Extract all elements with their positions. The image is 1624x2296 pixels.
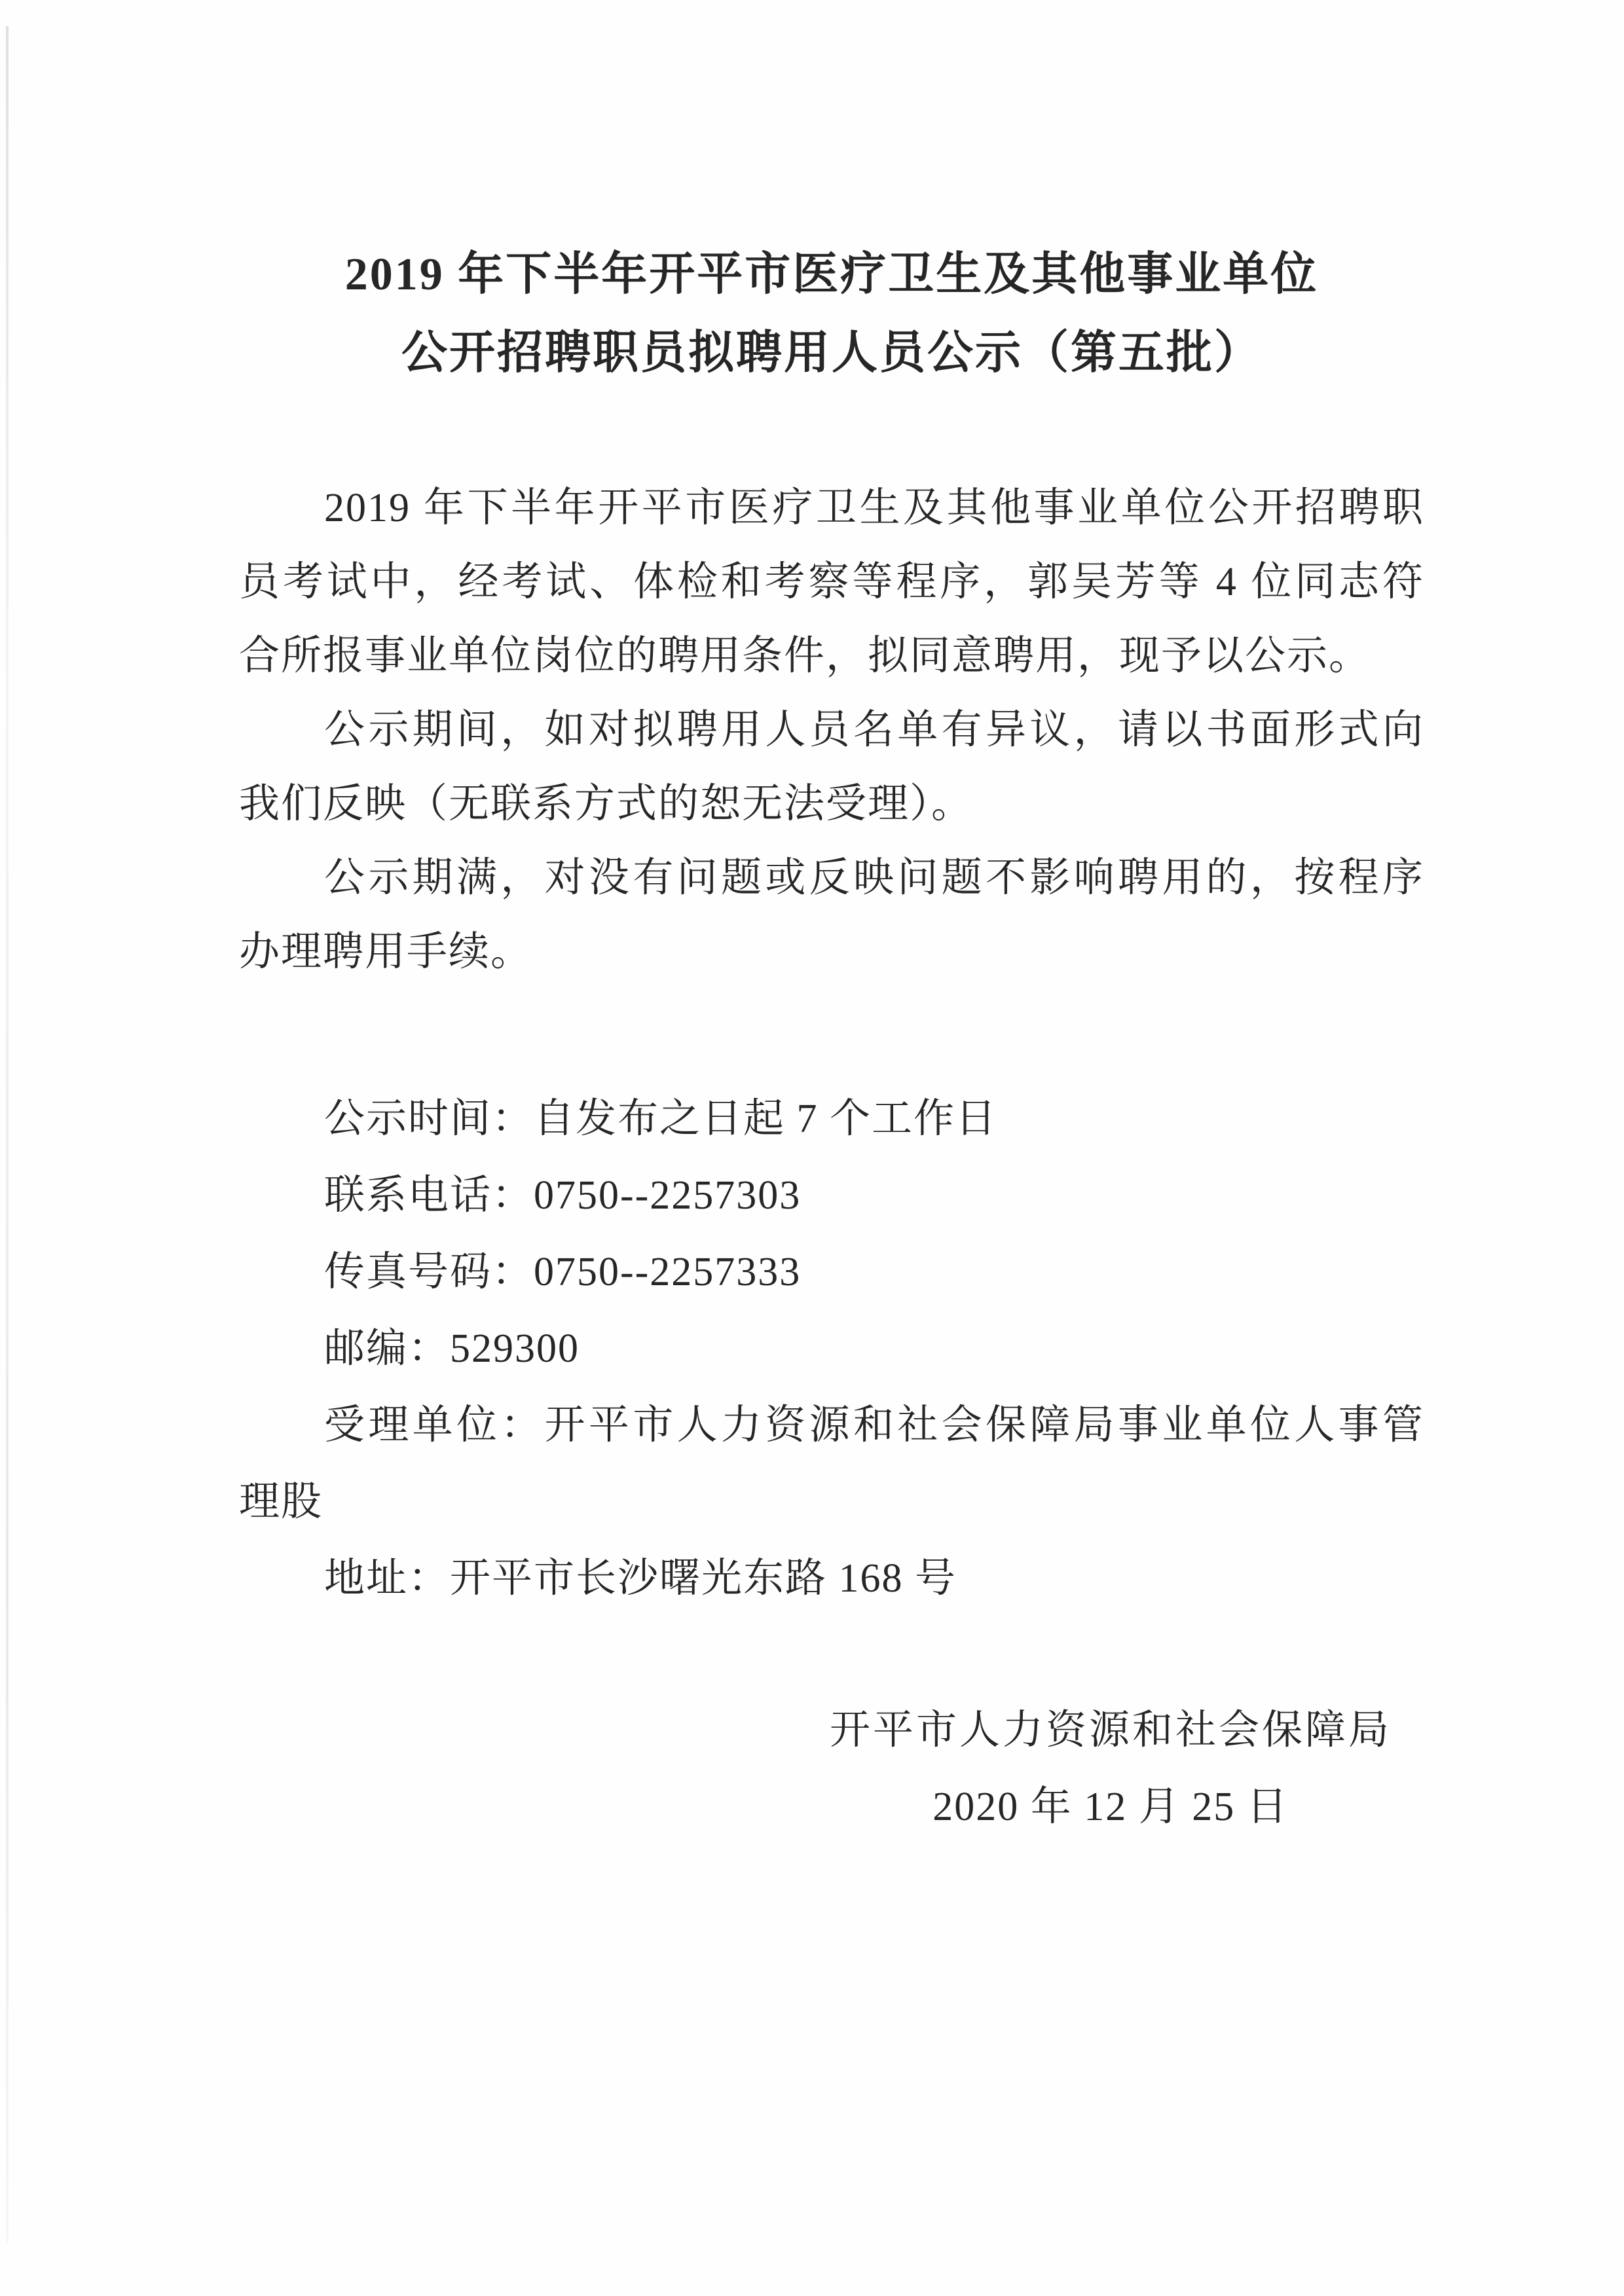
title-body-spacer [239,393,1424,471]
paragraph: 公示期间，如对拟聘用人员名单有异议，请以书面形式向 我们反映（无联系方式的恕无法… [239,693,1424,841]
signature-date: 2020 年 12 月 25 日 [830,1769,1392,1846]
contact-line-phone: 联系电话：0750--2257303 [239,1157,1424,1234]
signature-inner: 开平市人力资源和社会保障局 2020 年 12 月 25 日 [830,1692,1392,1846]
contact-line-postal-code: 邮编：529300 [239,1311,1424,1387]
signature-agency: 开平市人力资源和社会保障局 [830,1692,1392,1769]
body-contact-spacer [239,989,1424,1081]
document-page: 2019 年下半年开平市医疗卫生及其他事业单位 公开招聘职员拟聘用人员公示（第五… [0,0,1624,2296]
paragraph-line: 员考试中，经考试、体检和考察等程序，郭吴芳等 4 位同志符 [239,545,1424,619]
document-body: 2019 年下半年开平市医疗卫生及其他事业单位公开招聘职 员考试中，经考试、体检… [239,471,1424,1846]
contact-line-accepting-unit-continued: 理股 [239,1464,1424,1540]
signature-block: 开平市人力资源和社会保障局 2020 年 12 月 25 日 [239,1692,1424,1846]
paragraph-line: 合所报事业单位岗位的聘用条件，拟同意聘用，现予以公示。 [239,619,1424,693]
paragraph: 2019 年下半年开平市医疗卫生及其他事业单位公开招聘职 员考试中，经考试、体检… [239,471,1424,693]
paragraph-line: 公示期间，如对拟聘用人员名单有异议，请以书面形式向 [239,693,1424,767]
document-title-line-1: 2019 年下半年开平市医疗卫生及其他事业单位 [239,236,1424,314]
document-title-line-2: 公开招聘职员拟聘用人员公示（第五批） [239,314,1424,393]
contact-line-fax: 传真号码：0750--2257333 [239,1234,1424,1311]
contact-line-publicity-period: 公示时间：自发布之日起 7 个工作日 [239,1081,1424,1157]
document-content: 2019 年下半年开平市医疗卫生及其他事业单位 公开招聘职员拟聘用人员公示（第五… [239,236,1424,1846]
contact-line-address: 地址：开平市长沙曙光东路 168 号 [239,1540,1424,1617]
paragraph-line: 2019 年下半年开平市医疗卫生及其他事业单位公开招聘职 [239,471,1424,545]
scan-edge-artifact [6,26,9,2244]
paragraph-line: 我们反映（无联系方式的恕无法受理）。 [239,767,1424,841]
contact-section: 公示时间：自发布之日起 7 个工作日 联系电话：0750--2257303 传真… [239,1081,1424,1617]
paragraph: 公示期满，对没有问题或反映问题不影响聘用的，按程序 办理聘用手续。 [239,841,1424,989]
contact-line-accepting-unit: 受理单位：开平市人力资源和社会保障局事业单位人事管 [239,1387,1424,1464]
paragraph-line: 办理聘用手续。 [239,915,1424,989]
paragraph-line: 公示期满，对没有问题或反映问题不影响聘用的，按程序 [239,841,1424,915]
